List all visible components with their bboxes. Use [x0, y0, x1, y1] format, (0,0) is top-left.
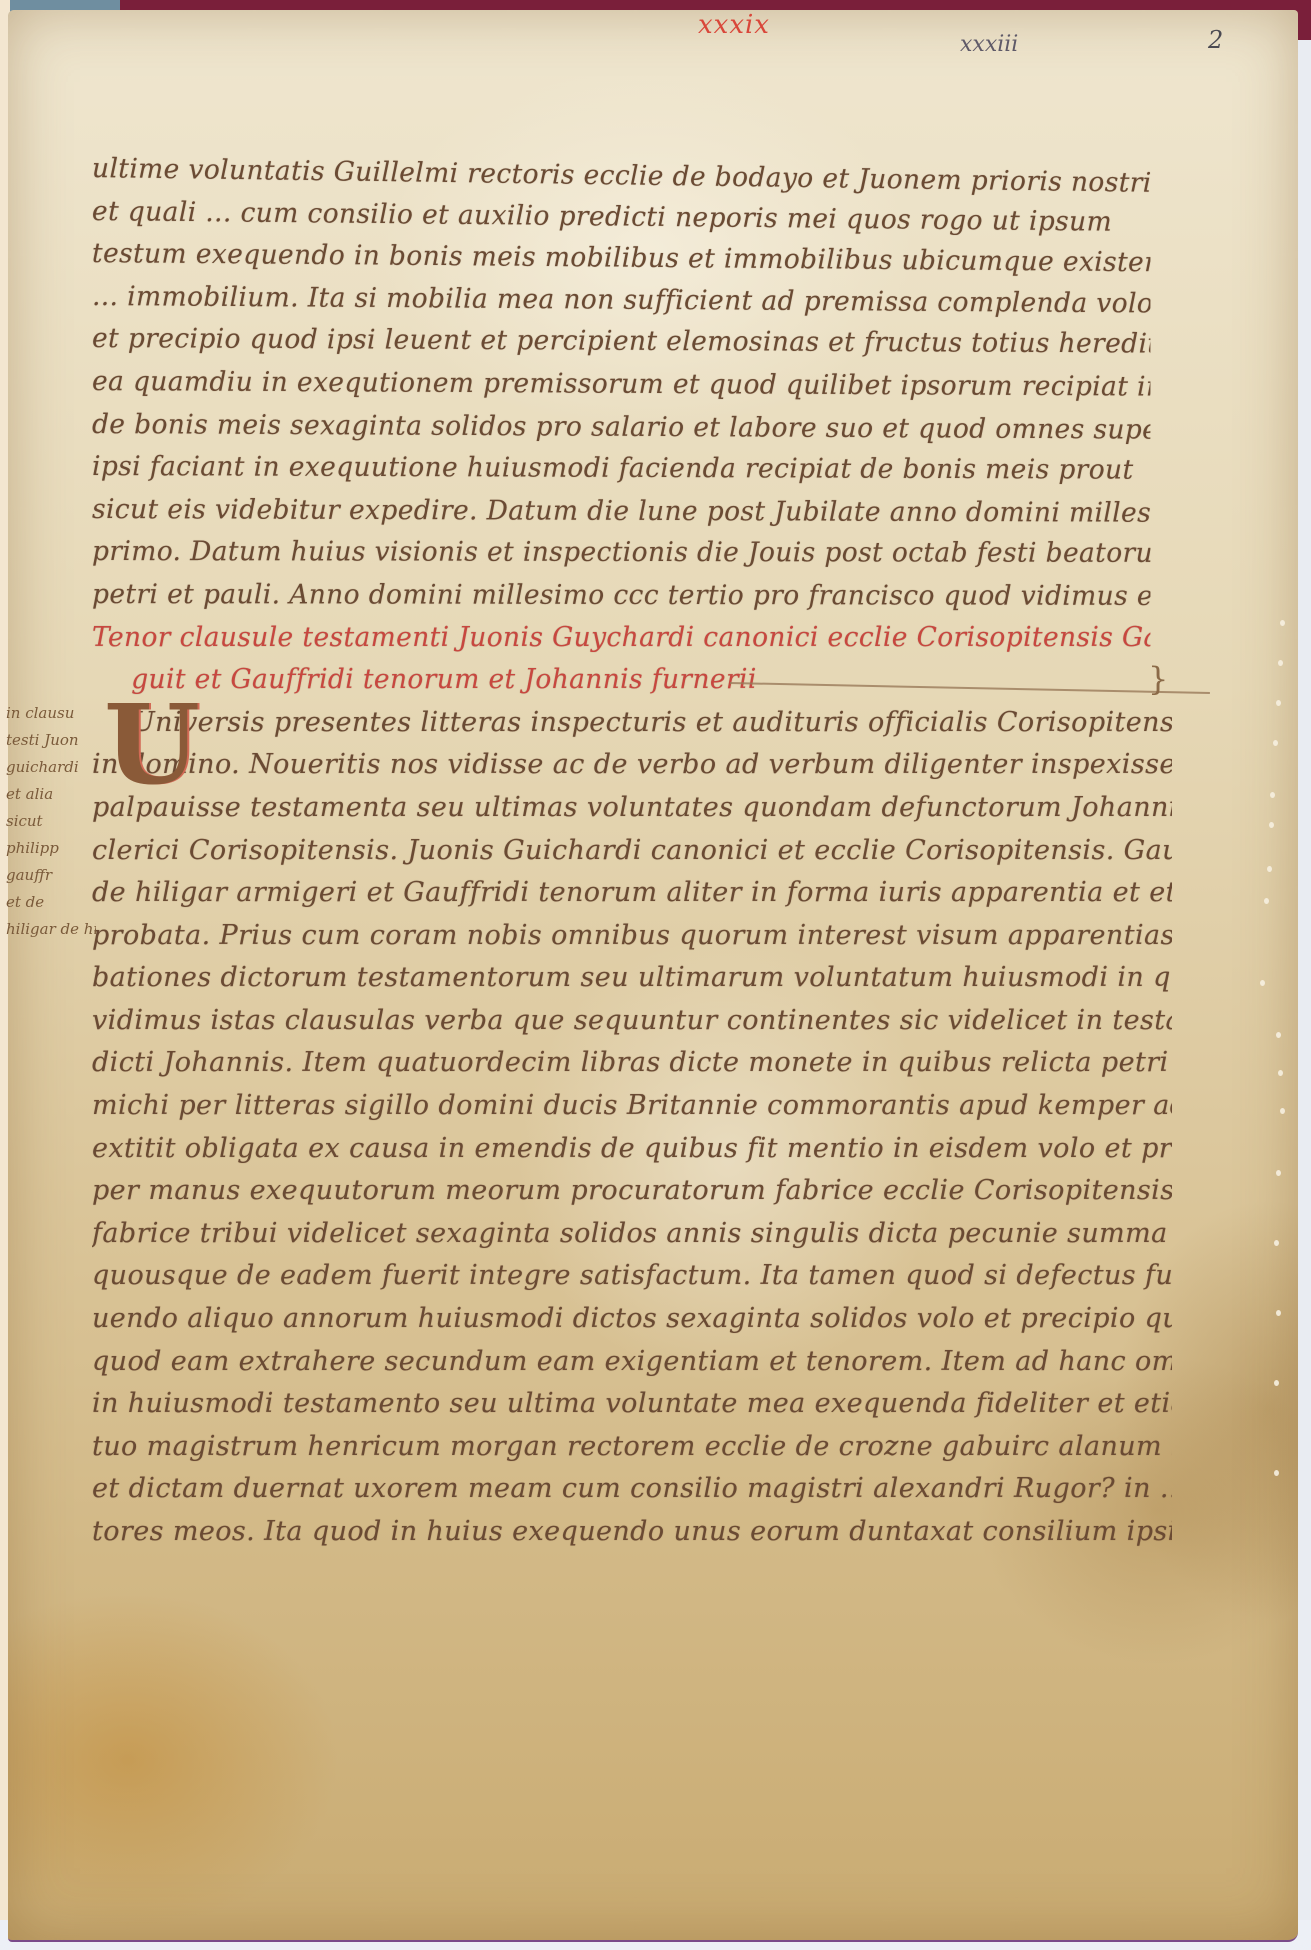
pricking-hole [1276, 1032, 1281, 1038]
rubric-line: guit et Gauffridi tenorum et Johannis fu… [92, 659, 1150, 702]
pricking-hole [1273, 740, 1278, 746]
text-line: dicti Johannis. Item quatuordecim libras… [92, 1042, 1172, 1085]
pricking-hole [1280, 1108, 1285, 1114]
text-line: ea quamdiu in exequtionem premissorum et… [92, 361, 1151, 409]
text-line: in huiusmodi testamento seu ultima volun… [92, 1383, 1172, 1426]
pricking-hole [1274, 1240, 1279, 1246]
text-line: per manus exequutorum meorum procuratoru… [92, 1170, 1172, 1213]
text-line: uendo aliquo annorum huiusmodi dictos se… [92, 1298, 1172, 1341]
pricking-hole [1270, 792, 1275, 798]
pricking-hole [1276, 1310, 1281, 1316]
text-line: quousque de eadem fuerit integre satisfa… [92, 1255, 1172, 1298]
pricking-hole [1276, 1170, 1281, 1176]
running-head-rubric: xxxix [698, 10, 770, 40]
margin-note-line: philipp [6, 835, 96, 862]
folio-number-ink: xxxiii [960, 32, 1018, 57]
pricking-hole [1274, 1470, 1279, 1476]
margin-note-line: sicut [6, 808, 96, 835]
text-line: et dictam duernat uxorem meam cum consil… [92, 1468, 1172, 1511]
pricking-hole [1276, 700, 1281, 706]
margin-note-line: in clausu [6, 700, 96, 727]
margin-note-line: testi Juon [6, 727, 96, 754]
text-line: fabrice tribui videlicet sexaginta solid… [92, 1213, 1172, 1256]
text-line: petri et pauli. Anno domini millesimo cc… [92, 574, 1150, 618]
pricking-hole [1278, 1070, 1283, 1076]
text-line: de bonis meis sexaginta solidos pro sala… [92, 404, 1151, 452]
margin-note-line: hiligar de hil [6, 916, 96, 943]
text-line: quod eam extrahere secundum eam exigenti… [92, 1341, 1172, 1384]
text-line: ipsi faciant in exequutione huiusmodi fa… [92, 446, 1151, 492]
text-line: sicut eis videbitur expedire. Datum die … [92, 489, 1151, 535]
bracket-mark: } [1148, 660, 1168, 698]
pricking-hole [1278, 660, 1283, 666]
margin-note-line: guichardi [6, 754, 96, 781]
margin-note-line: et de [6, 889, 96, 916]
margin-note-line: et alia [6, 781, 96, 808]
text-line: tuo magistrum henricum morgan rectorem e… [92, 1426, 1172, 1469]
text-line: probata. Prius cum coram nobis omnibus q… [92, 915, 1172, 958]
text-line: vidimus istas clausulas verba que sequun… [92, 1000, 1172, 1043]
rubric-line: Tenor clausule testamenti Juonis Guychar… [92, 617, 1150, 660]
pricking-hole [1260, 980, 1265, 986]
pricking-hole [1274, 1380, 1279, 1386]
marginal-annotation: in clausu testi Juon guichardi et alia s… [6, 700, 96, 943]
pricking-hole [1267, 866, 1272, 872]
text-line: tores meos. Ita quod in huius exequendo … [92, 1511, 1172, 1554]
text-line: clerici Corisopitensis. Juonis Guichardi… [92, 830, 1172, 873]
text-line: et precipio quod ipsi leuent et percipie… [92, 318, 1151, 366]
pricking-hole [1269, 822, 1274, 828]
text-line: extitit obligata ex causa in emendis de … [92, 1128, 1172, 1171]
folio-number-pencil: 2 [1208, 26, 1223, 54]
text-line: Universis presentes litteras inspecturis… [92, 702, 1172, 745]
text-line: palpauisse testamenta seu ultimas volunt… [92, 787, 1172, 830]
text-line: in domino. Noueritis nos vidisse ac de v… [92, 744, 1172, 787]
pricking-hole [1280, 620, 1285, 626]
main-text-block: ultime voluntatis Guillelmi rectoris ecc… [92, 148, 1172, 1554]
decorated-initial: U [104, 690, 200, 800]
text-line: michi per litteras sigillo domini ducis … [92, 1085, 1172, 1128]
text-line: primo. Datum huius visionis et inspectio… [92, 531, 1150, 575]
text-line: de hiligar armigeri et Gauffridi tenorum… [92, 872, 1172, 915]
text-line: bationes dictorum testamentorum seu ulti… [92, 957, 1172, 1000]
pricking-hole [1264, 898, 1269, 904]
margin-note-line: gauffr [6, 862, 96, 889]
